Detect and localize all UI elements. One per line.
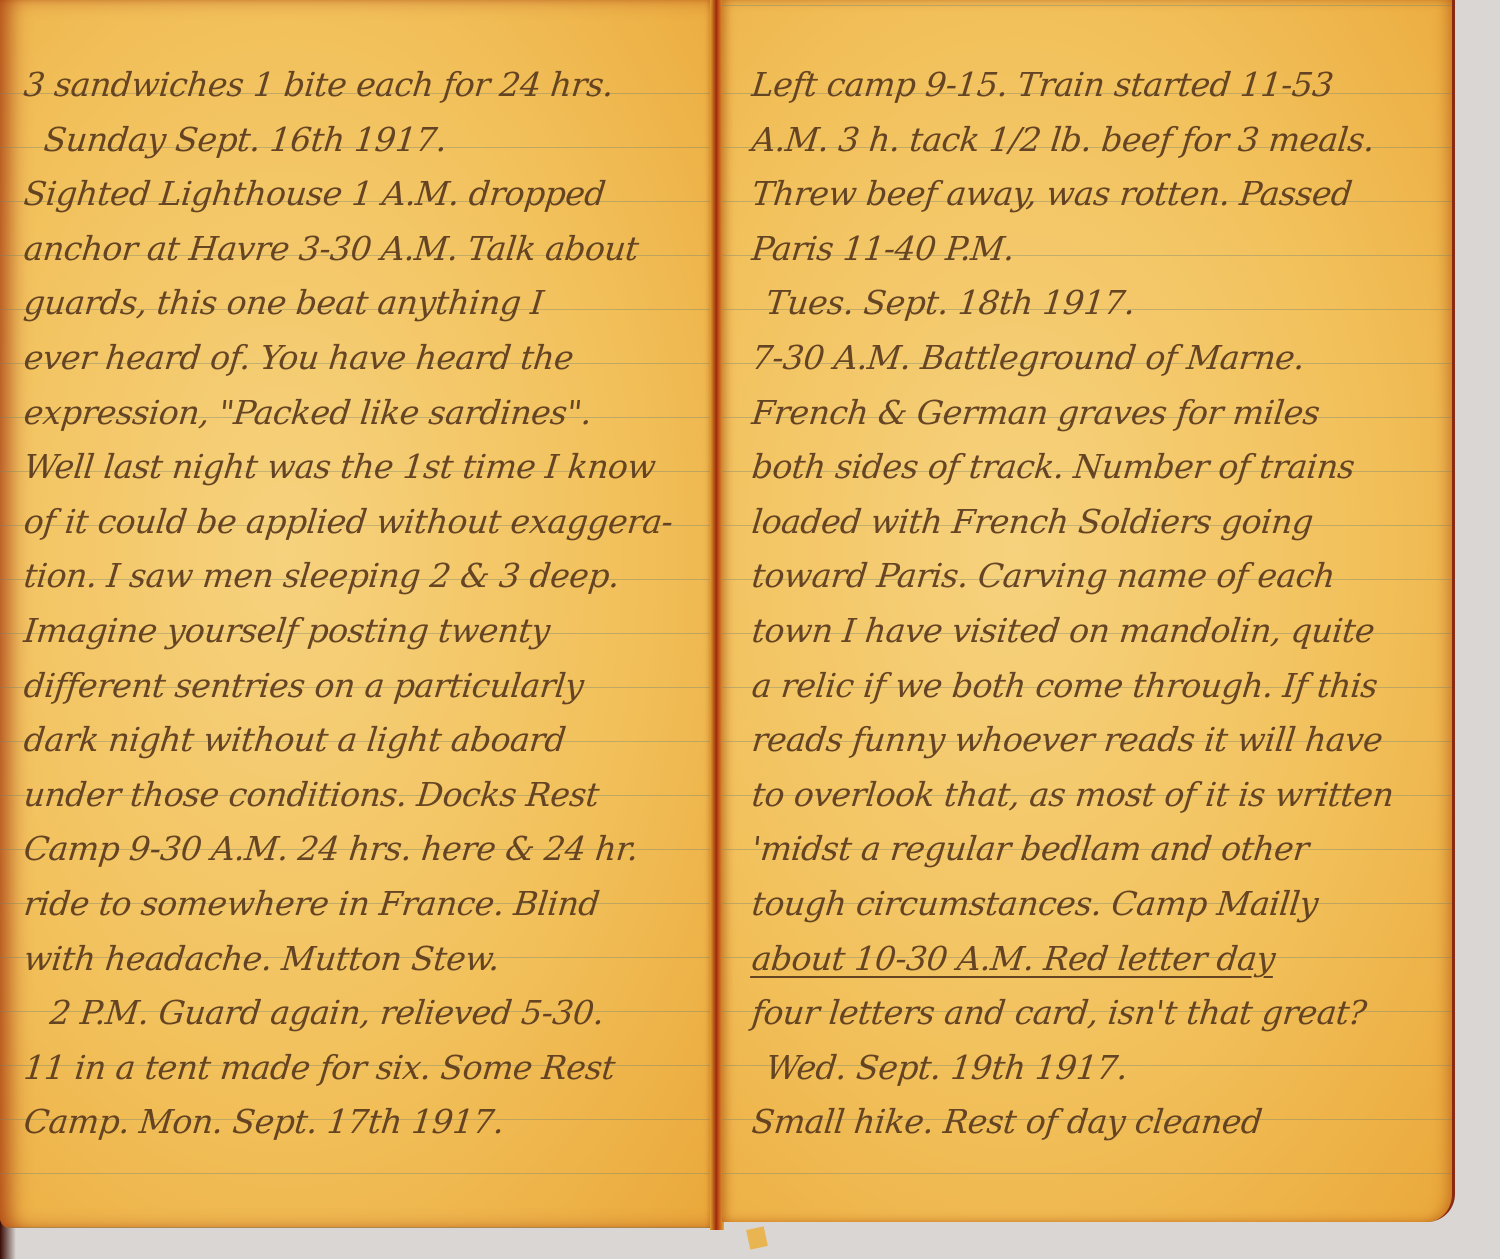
entry-date: Wed. Sept. 19th 1917.	[722, 1041, 1455, 1096]
diary-line: of it could be applied without exaggera-	[0, 495, 712, 550]
left-page-text: 3 sandwiches 1 bite each for 24 hrs. Sun…	[0, 58, 712, 1150]
diary-line: 2 P.M. Guard again, relieved 5-30.	[0, 986, 712, 1041]
diary-line: four letters and card, isn't that great?	[722, 986, 1455, 1041]
torn-paper-scrap	[746, 1226, 768, 1249]
diary-spread: 3 sandwiches 1 bite each for 24 hrs. Sun…	[0, 0, 1500, 1259]
diary-line: a relic if we both come through. If this	[722, 659, 1455, 714]
diary-line: Paris 11-40 P.M.	[722, 222, 1455, 277]
entry-date: Camp. Mon. Sept. 17th 1917.	[0, 1095, 712, 1150]
diary-line: Left camp 9-15. Train started 11-53	[722, 58, 1455, 113]
diary-line: tion. I saw men sleeping 2 & 3 deep.	[0, 549, 712, 604]
diary-line: A.M. 3 h. tack 1/2 lb. beef for 3 meals.	[722, 113, 1455, 168]
diary-line: tough circumstances. Camp Mailly	[722, 877, 1455, 932]
entry-date: Tues. Sept. 18th 1917.	[722, 276, 1455, 331]
diary-line: loaded with French Soldiers going	[722, 495, 1455, 550]
diary-line: Small hike. Rest of day cleaned	[722, 1095, 1455, 1150]
diary-line: ride to somewhere in France. Blind	[0, 877, 712, 932]
diary-line: French & German graves for miles	[722, 386, 1455, 441]
diary-line: 11 in a tent made for six. Some Rest	[0, 1041, 712, 1096]
diary-line: ever heard of. You have heard the	[0, 331, 712, 386]
red-letter-day-line: about 10-30 A.M. Red letter day	[722, 932, 1455, 987]
diary-line: Imagine yourself posting twenty	[0, 604, 712, 659]
diary-line: toward Paris. Carving name of each	[722, 549, 1455, 604]
diary-line: 'midst a regular bedlam and other	[722, 822, 1455, 877]
entry-date: Sunday Sept. 16th 1917.	[0, 113, 712, 168]
diary-line: reads funny whoever reads it will have	[722, 713, 1455, 768]
diary-line: under those conditions. Docks Rest	[0, 768, 712, 823]
diary-line: 3 sandwiches 1 bite each for 24 hrs.	[0, 58, 712, 113]
diary-line: guards, this one beat anything I	[0, 276, 712, 331]
diary-line: expression, "Packed like sardines".	[0, 386, 712, 441]
diary-line: to overlook that, as most of it is writt…	[722, 768, 1455, 823]
right-page: Left camp 9-15. Train started 11-53 A.M.…	[722, 0, 1455, 1222]
diary-line: town I have visited on mandolin, quite	[722, 604, 1455, 659]
diary-line: both sides of track. Number of trains	[722, 440, 1455, 495]
diary-line: Well last night was the 1st time I know	[0, 440, 712, 495]
diary-line: different sentries on a particularly	[0, 659, 712, 714]
diary-line: with headache. Mutton Stew.	[0, 932, 712, 987]
diary-line: Camp 9-30 A.M. 24 hrs. here & 24 hr.	[0, 822, 712, 877]
diary-line: 7-30 A.M. Battleground of Marne.	[722, 331, 1455, 386]
diary-line: Sighted Lighthouse 1 A.M. dropped	[0, 167, 712, 222]
left-page: 3 sandwiches 1 bite each for 24 hrs. Sun…	[0, 0, 712, 1228]
diary-line: Threw beef away, was rotten. Passed	[722, 167, 1455, 222]
right-page-text: Left camp 9-15. Train started 11-53 A.M.…	[722, 58, 1452, 1150]
diary-line: dark night without a light aboard	[0, 713, 712, 768]
diary-line: anchor at Havre 3-30 A.M. Talk about	[0, 222, 712, 277]
